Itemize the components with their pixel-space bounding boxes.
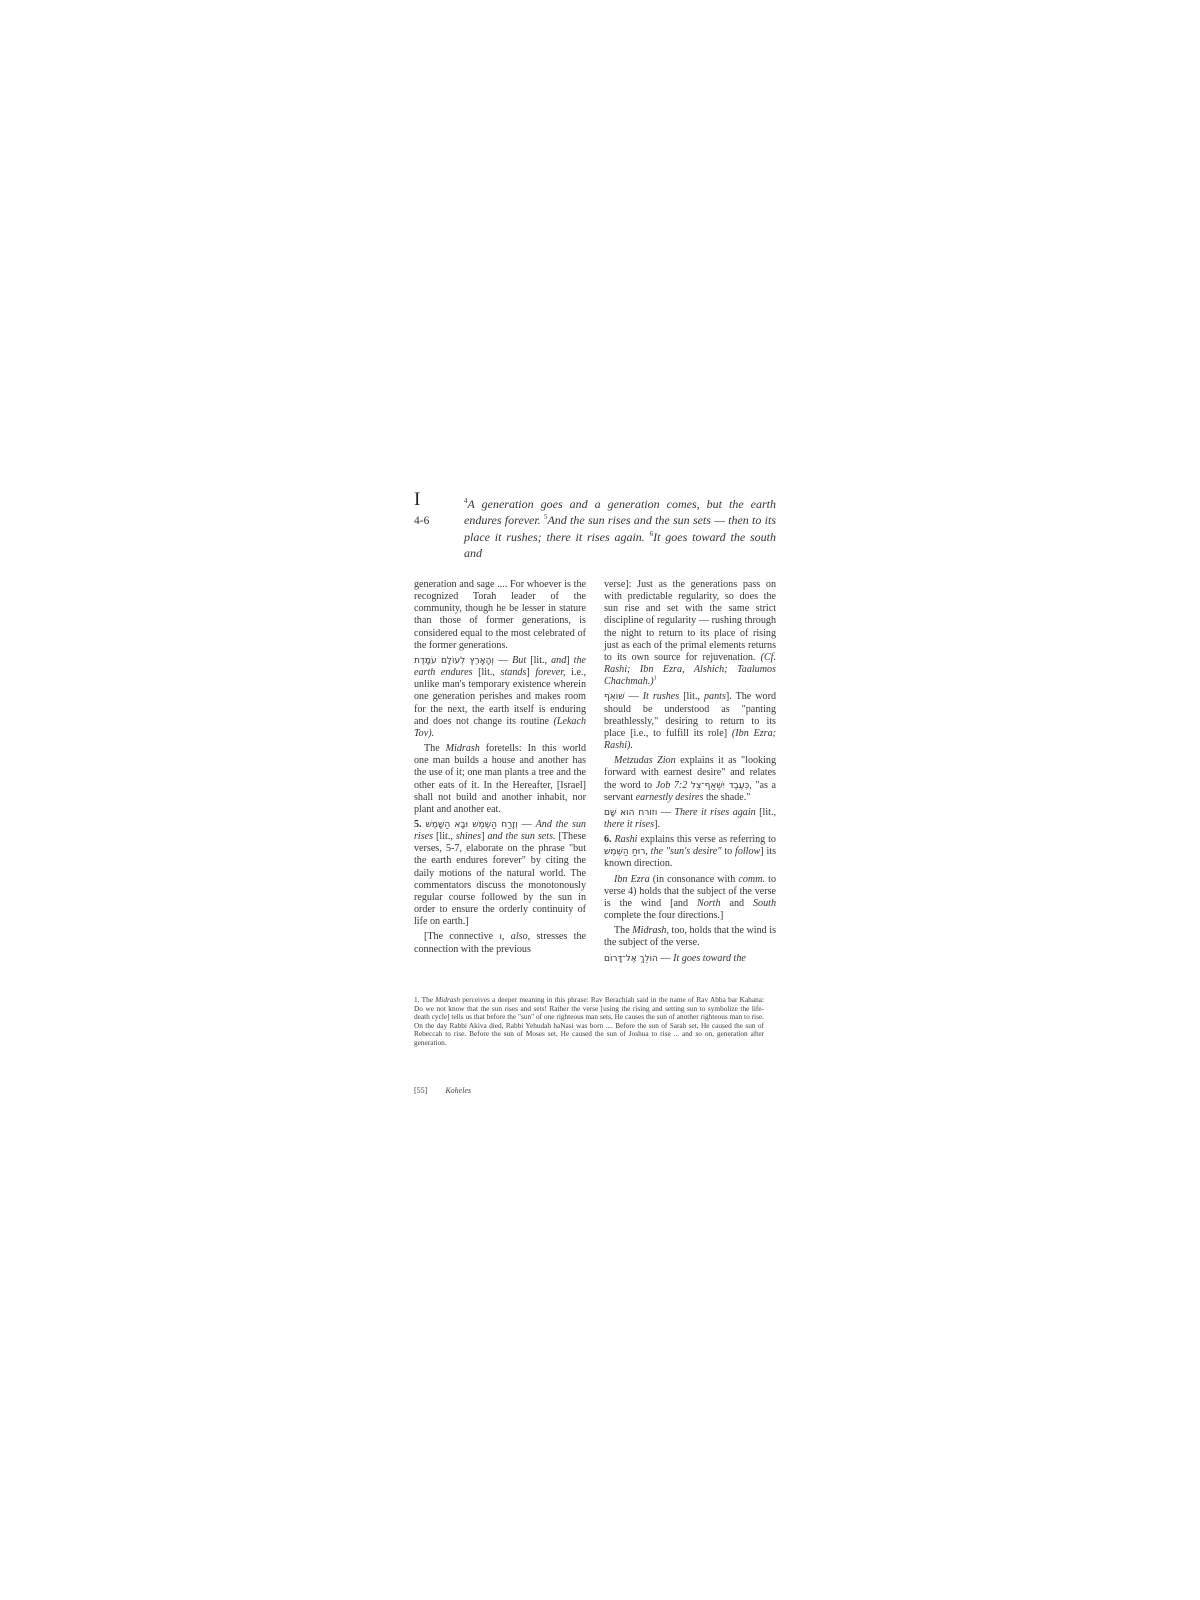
hebrew-quote: כְּעֶבֶד יִשְׁאַף־צֵל [691,781,749,791]
page-footer: [55]Koheles [414,1086,471,1095]
hebrew-lemma: וְהָאָרֶץ לְעוֹלָם עֹמָדֶת [414,656,494,666]
footnote-marker[interactable]: 1 [654,676,657,682]
verse-range: 4-6 [414,515,458,527]
commentary-columns: generation and sage .... For whoever is … [414,579,776,968]
paragraph: The Midrash foretells: In this world one… [414,743,586,816]
hebrew-lemma: וְזָרַח הַשֶּׁמֶשׁ וּבָא הַשָּׁמֶשׁ [425,820,517,830]
paragraph: 5. וְזָרַח הַשֶּׁמֶשׁ וּבָא הַשָּׁמֶשׁ —… [414,819,586,928]
paragraph: The Midrash, too, holds that the wind is… [604,925,776,949]
footnote: 1. The Midrash perceives a deeper meanin… [414,996,764,1048]
hebrew-lemma: שׁוֹאֵף [604,692,625,702]
paragraph: Metzudas Zion explains it as "looking fo… [604,755,776,804]
paragraph: וְהָאָרֶץ לְעוֹלָם עֹמָדֶת — But [lit., … [414,655,586,740]
paragraph: Ibn Ezra (in consonance with comm. to ve… [604,874,776,923]
chapter-numeral: I [414,490,458,509]
paragraph: הוֹלֵךְ אֶל־דָּרוֹם — It goes toward the [604,953,776,965]
verse-number: 5. [414,819,422,830]
paragraph: verse]: Just as the generations pass on … [604,579,776,688]
commentary-right-column: verse]: Just as the generations pass on … [604,579,776,968]
paragraph: שׁוֹאֵף — It rushes [lit., pants]. The w… [604,691,776,752]
paragraph: 6. Rashi explains this verse as referrin… [604,834,776,870]
verse-number: 6. [604,834,612,845]
commentary-left-column: generation and sage .... For whoever is … [414,579,586,968]
paragraph: וזורח הוא שָׁם — There it rises again [l… [604,807,776,831]
chapter-marker: I 4-6 [414,490,458,527]
page-number: [55] [414,1086,427,1095]
paragraph: generation and sage .... For whoever is … [414,579,586,652]
paragraph: [The connective ו, also, stresses the co… [414,931,586,955]
running-title: Koheles [445,1086,471,1095]
hebrew-lemma: הוֹלֵךְ אֶל־דָּרוֹם [604,954,658,964]
scripture-translation: 4A generation goes and a generation come… [464,496,776,561]
hebrew-lemma: וזורח הוא שָׁם [604,808,657,818]
